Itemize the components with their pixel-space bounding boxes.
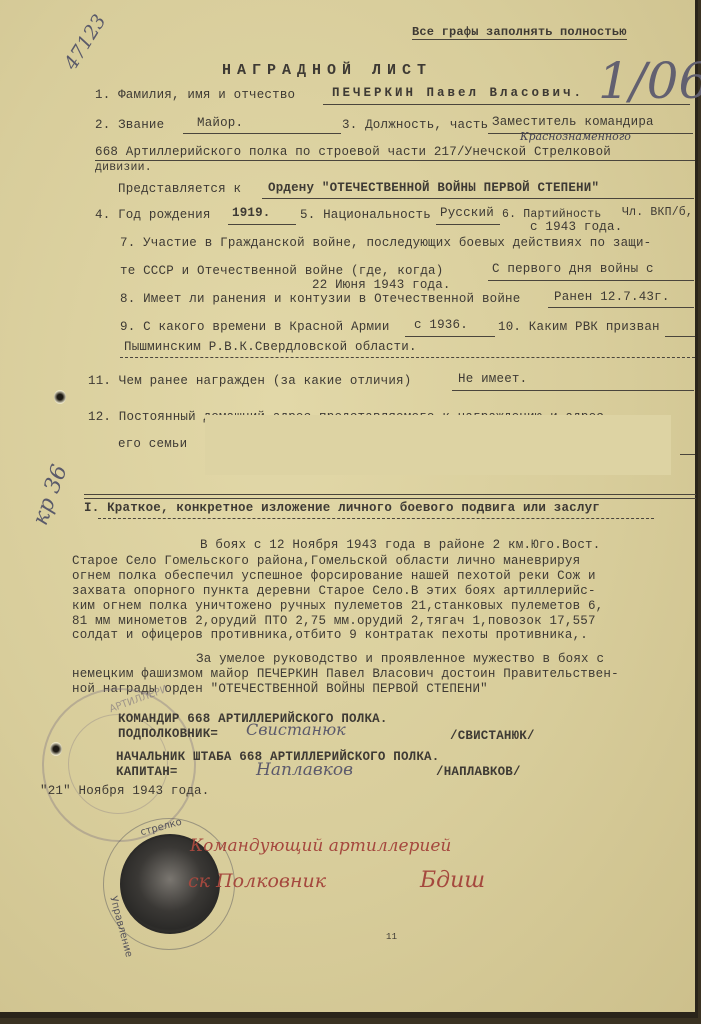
margin-handwritten-note: кр 36 xyxy=(28,462,73,529)
field-7-value-continued: 22 Июня 1943 года. xyxy=(312,278,451,292)
commander-name: /СВИСТАНЮК/ xyxy=(450,729,535,743)
field-4-underline xyxy=(228,224,296,225)
field-5-value: Русский xyxy=(440,206,494,220)
field-3-handwritten-insert: Краснознаменного xyxy=(520,130,631,143)
field-10-label: 10. Каким РВК призван xyxy=(498,320,660,334)
section-top-rule xyxy=(84,494,696,495)
field-11-value: Не имеет. xyxy=(458,372,527,386)
field-5-label: 5. Национальность xyxy=(300,208,431,222)
field-3-label: 3. Должность, часть xyxy=(342,118,488,132)
field-9-value: с 1936. xyxy=(414,318,468,332)
field-2-label: 2. Звание xyxy=(95,118,164,132)
field-4-value: 1919. xyxy=(232,206,271,220)
field-10-underline xyxy=(120,357,695,358)
field-4-label: 4. Год рождения xyxy=(95,208,211,222)
narrative-line: В боях с 12 Ноября 1943 года в районе 2 … xyxy=(200,538,600,552)
fill-all-fields-note: Все графы заполнять полностью xyxy=(412,25,627,40)
field-8-value: Ранен 12.7.43г. xyxy=(554,290,670,304)
resolution-line-2: ск Полковник xyxy=(188,870,326,892)
field-7-label-line-2: те СССР и Отечественной войне (где, когд… xyxy=(120,264,443,278)
field-6-value: Чл. ВКП/б, xyxy=(622,206,693,219)
redacted-address-block xyxy=(205,415,671,475)
field-1-value: ПЕЧЕРКИН Павел Власович. xyxy=(332,86,584,100)
document-date: "21" Ноября 1943 года. xyxy=(40,784,209,798)
punch-hole xyxy=(54,390,66,404)
presented-order-value: Ордену "ОТЕЧЕСТВЕННОЙ ВОЙНЫ ПЕРВОЙ СТЕПЕ… xyxy=(268,181,599,195)
field-10-value: Пышминским Р.В.К.Свердловской области. xyxy=(124,340,417,354)
narrative-line: огнем полка обеспечил успешное форсирова… xyxy=(72,569,596,583)
chief-of-staff-signature: Наплавков xyxy=(256,760,353,780)
field-1-label: 1. Фамилия, имя и отчество xyxy=(95,88,295,102)
field-11-label: 11. Чем ранее награжден (за какие отличи… xyxy=(88,374,411,388)
presented-underline xyxy=(262,198,694,199)
resolution-signature: Бдиш xyxy=(420,868,485,893)
conclusion-line: За умелое руководство и проявленное муже… xyxy=(196,652,604,666)
archive-number-handwritten: 1/06 xyxy=(598,52,701,110)
page-title: НАГРАДНОЙ ЛИСТ xyxy=(222,62,432,79)
commander-rank: ПОДПОЛКОВНИК= xyxy=(118,727,218,741)
corner-handwritten-number: 47123 xyxy=(60,11,111,74)
presented-label: Представляется к xyxy=(118,182,241,196)
field-9-label: 9. С какого времени в Красной Армии xyxy=(120,320,390,334)
field-8-label: 8. Имеет ли ранения и контузии в Отечест… xyxy=(120,292,520,306)
field-11-underline xyxy=(452,390,694,391)
field-7-label-line-1: 7. Участие в Гражданской войне, последую… xyxy=(120,236,651,250)
resolution-line-1: Командующий артиллерией xyxy=(190,836,451,856)
commander-signature: Свистанюк xyxy=(246,720,346,739)
narrative-line: солдат и офицеров противника,отбито 9 ко… xyxy=(72,628,588,642)
field-5-underline xyxy=(436,224,500,225)
field-3-value: Заместитель командира xyxy=(492,115,654,129)
field-2-underline xyxy=(183,133,341,134)
punch-hole xyxy=(50,742,62,756)
conclusion-line: немецким фашизмом майор ПЕЧЕРКИН Павел В… xyxy=(72,667,619,681)
section-heading-underline xyxy=(98,518,654,519)
narrative-line: ким огнем полка уничтожено ручных пулеме… xyxy=(72,599,603,613)
narrative-line: Старое Село Гомельского района,Гомельско… xyxy=(72,554,580,568)
field-7-value: С первого дня войны с xyxy=(492,262,654,276)
narrative-line: захвата опорного пункта деревни Старое С… xyxy=(72,584,596,598)
narrative-line: 81 мм минометов 2,орудий ПТО 2,75 мм.ору… xyxy=(72,614,596,628)
tick-mark: 11 xyxy=(386,932,397,942)
chief-of-staff-rank: КАПИТАН= xyxy=(116,765,178,779)
chief-of-staff-name: /НАПЛАВКОВ/ xyxy=(436,765,521,779)
section-top-rule-2 xyxy=(84,498,696,499)
field-6-value-continued: с 1943 года. xyxy=(530,220,622,234)
field-7-underline xyxy=(488,280,694,281)
field-12-underline-end xyxy=(680,454,695,455)
field-3-cont-underline xyxy=(95,160,695,161)
field-3-value-continued: 668 Артиллерийского полка по строевой ча… xyxy=(95,145,611,159)
field-10-underline-end xyxy=(665,336,695,337)
section-heading: I. Краткое, конкретное изложение личного… xyxy=(84,501,600,515)
field-2-value: Майор. xyxy=(197,116,243,130)
field-8-underline xyxy=(548,307,694,308)
field-1-underline xyxy=(323,104,690,105)
field-3-value-continued-2: дивизии. xyxy=(95,161,152,174)
field-12-label-line-2: его семьи xyxy=(118,437,187,451)
award-sheet-page: 47123 Все графы заполнять полностью 1/06… xyxy=(0,0,698,1018)
field-9-underline xyxy=(405,336,495,337)
